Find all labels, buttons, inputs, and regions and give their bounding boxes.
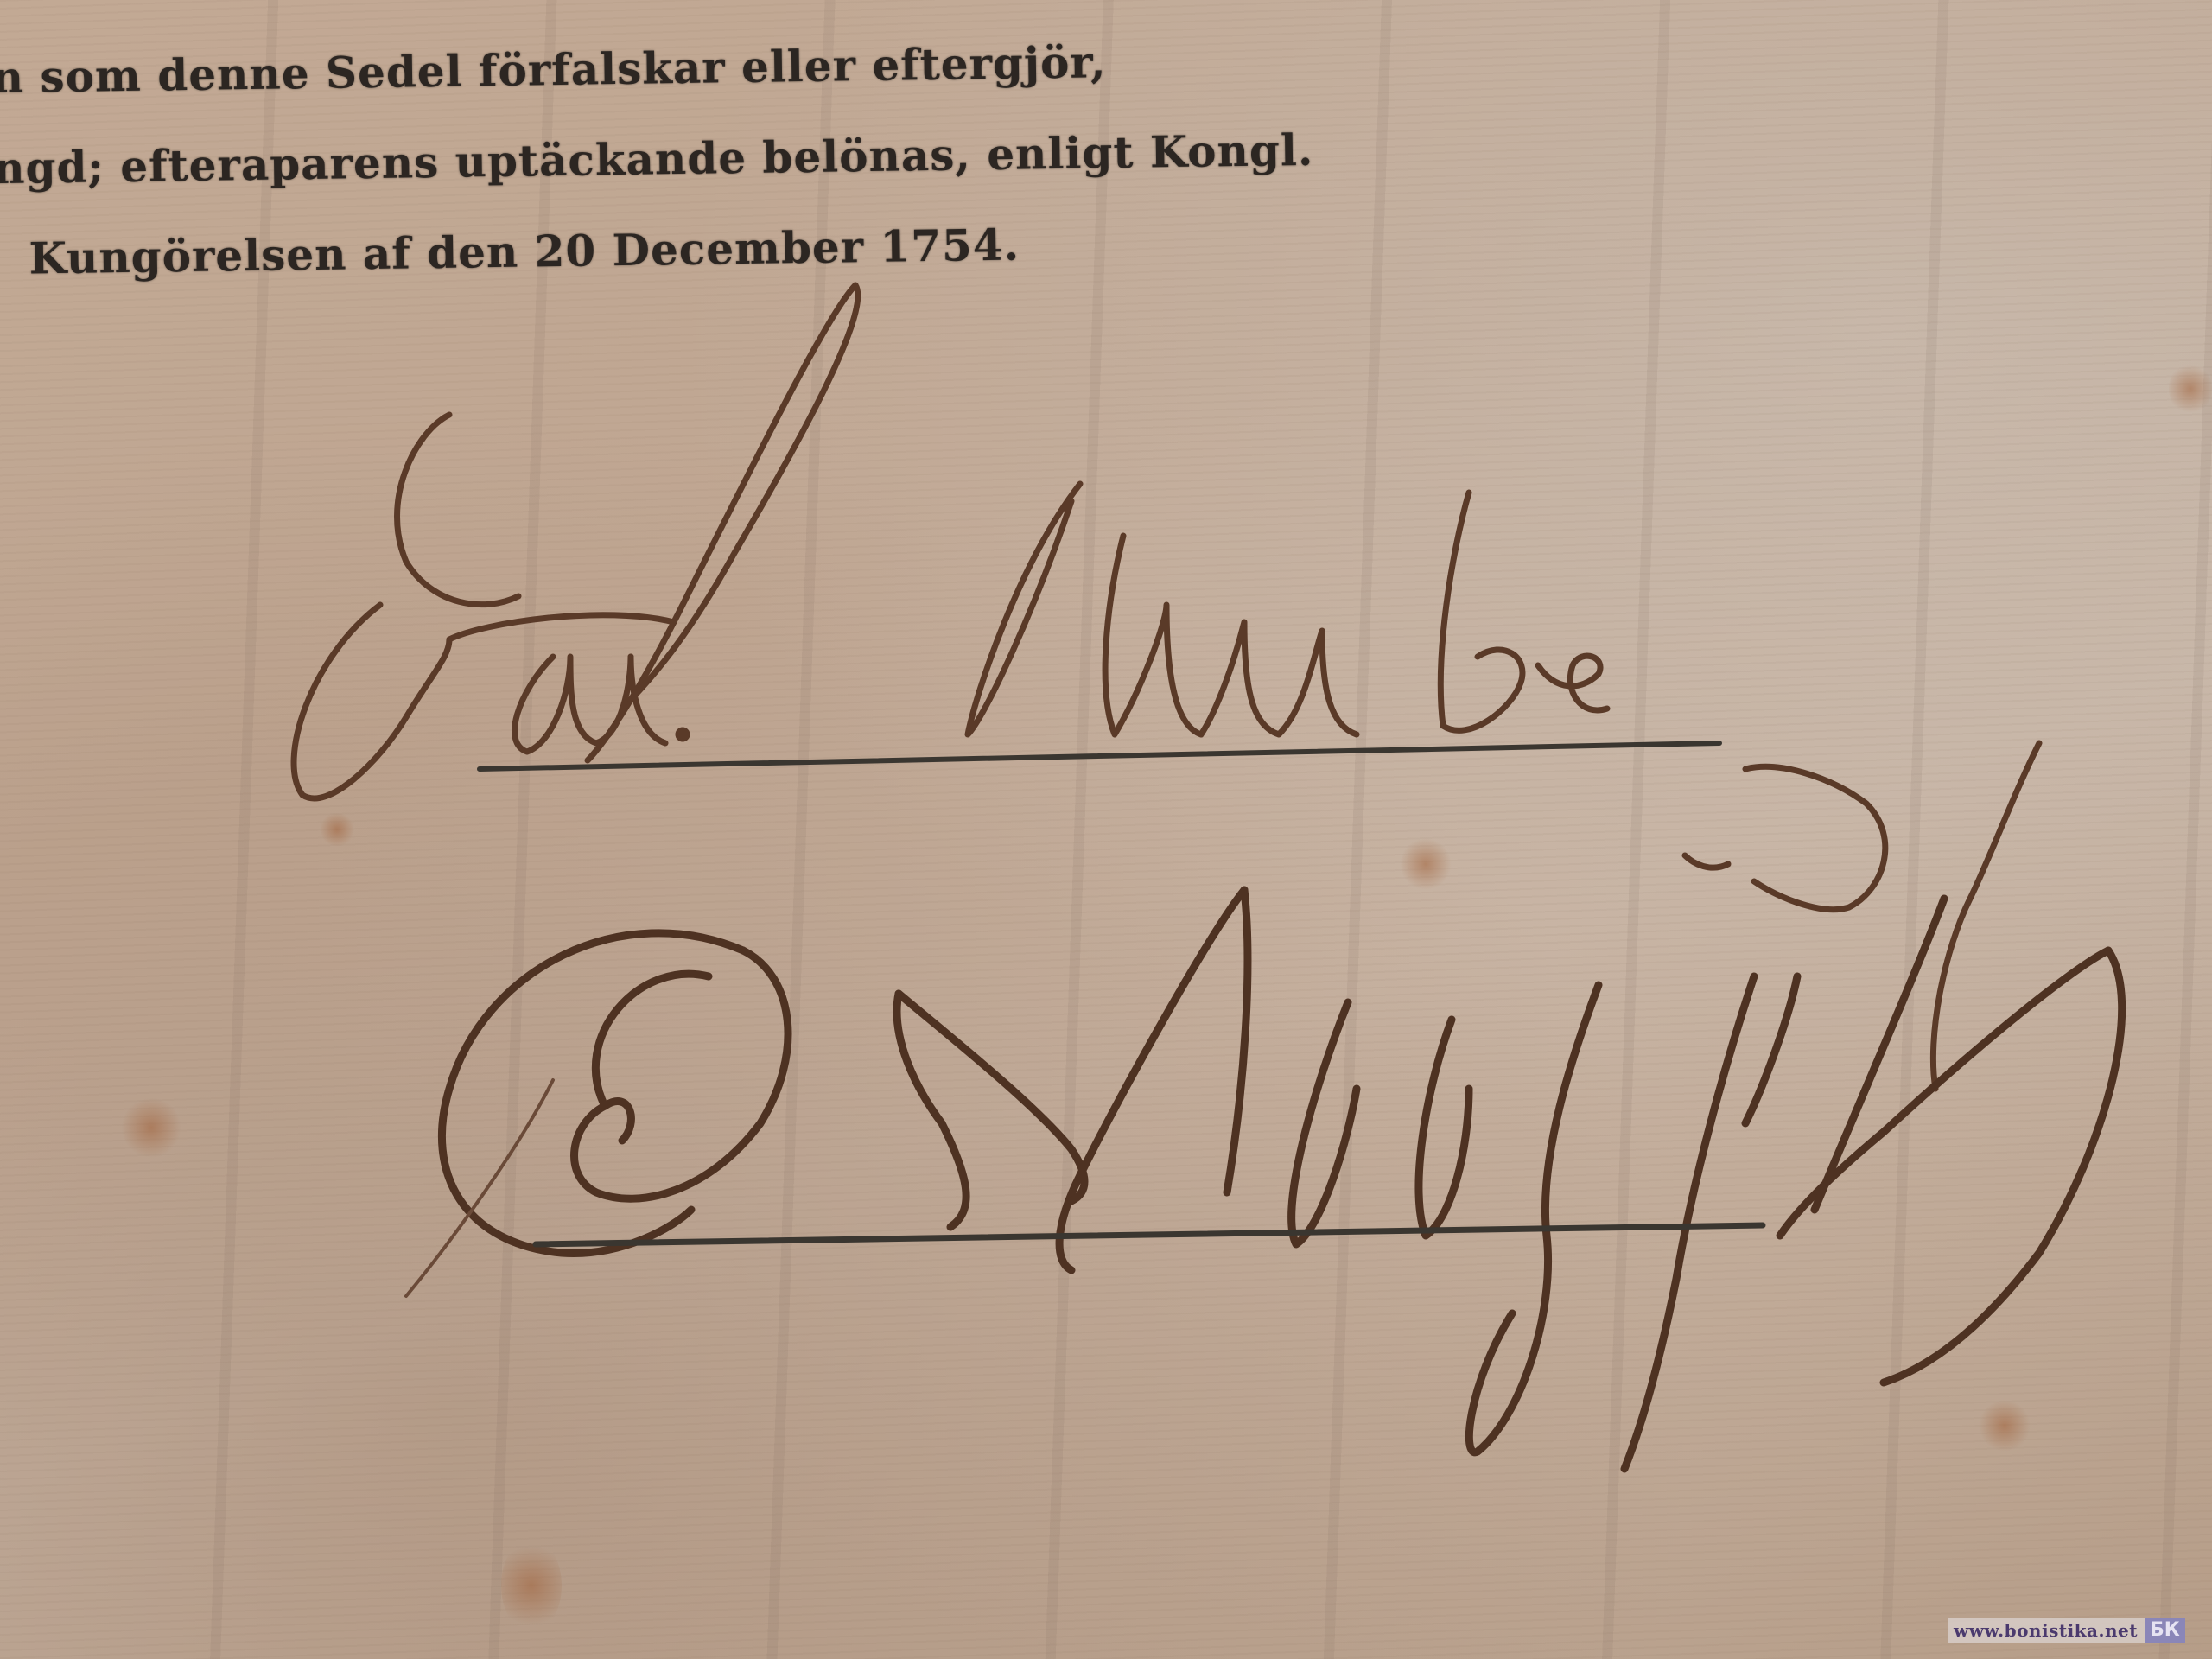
signature-1-underline — [480, 743, 1719, 769]
signature-2-underline — [536, 1225, 1763, 1244]
watermark-logo-badge: БК — [2145, 1618, 2185, 1643]
site-watermark: www.bonistika.net БК — [1948, 1618, 2185, 1643]
signature-2 — [442, 890, 2121, 1469]
signature-drawings — [0, 0, 2212, 1659]
signature-1 — [294, 285, 2039, 1089]
signatures-area: Sam. Venneberg (handwritten signature) C… — [0, 0, 2212, 1659]
watermark-url: www.bonistika.net — [1954, 1620, 2145, 1641]
signature-2-tail — [406, 1080, 553, 1296]
